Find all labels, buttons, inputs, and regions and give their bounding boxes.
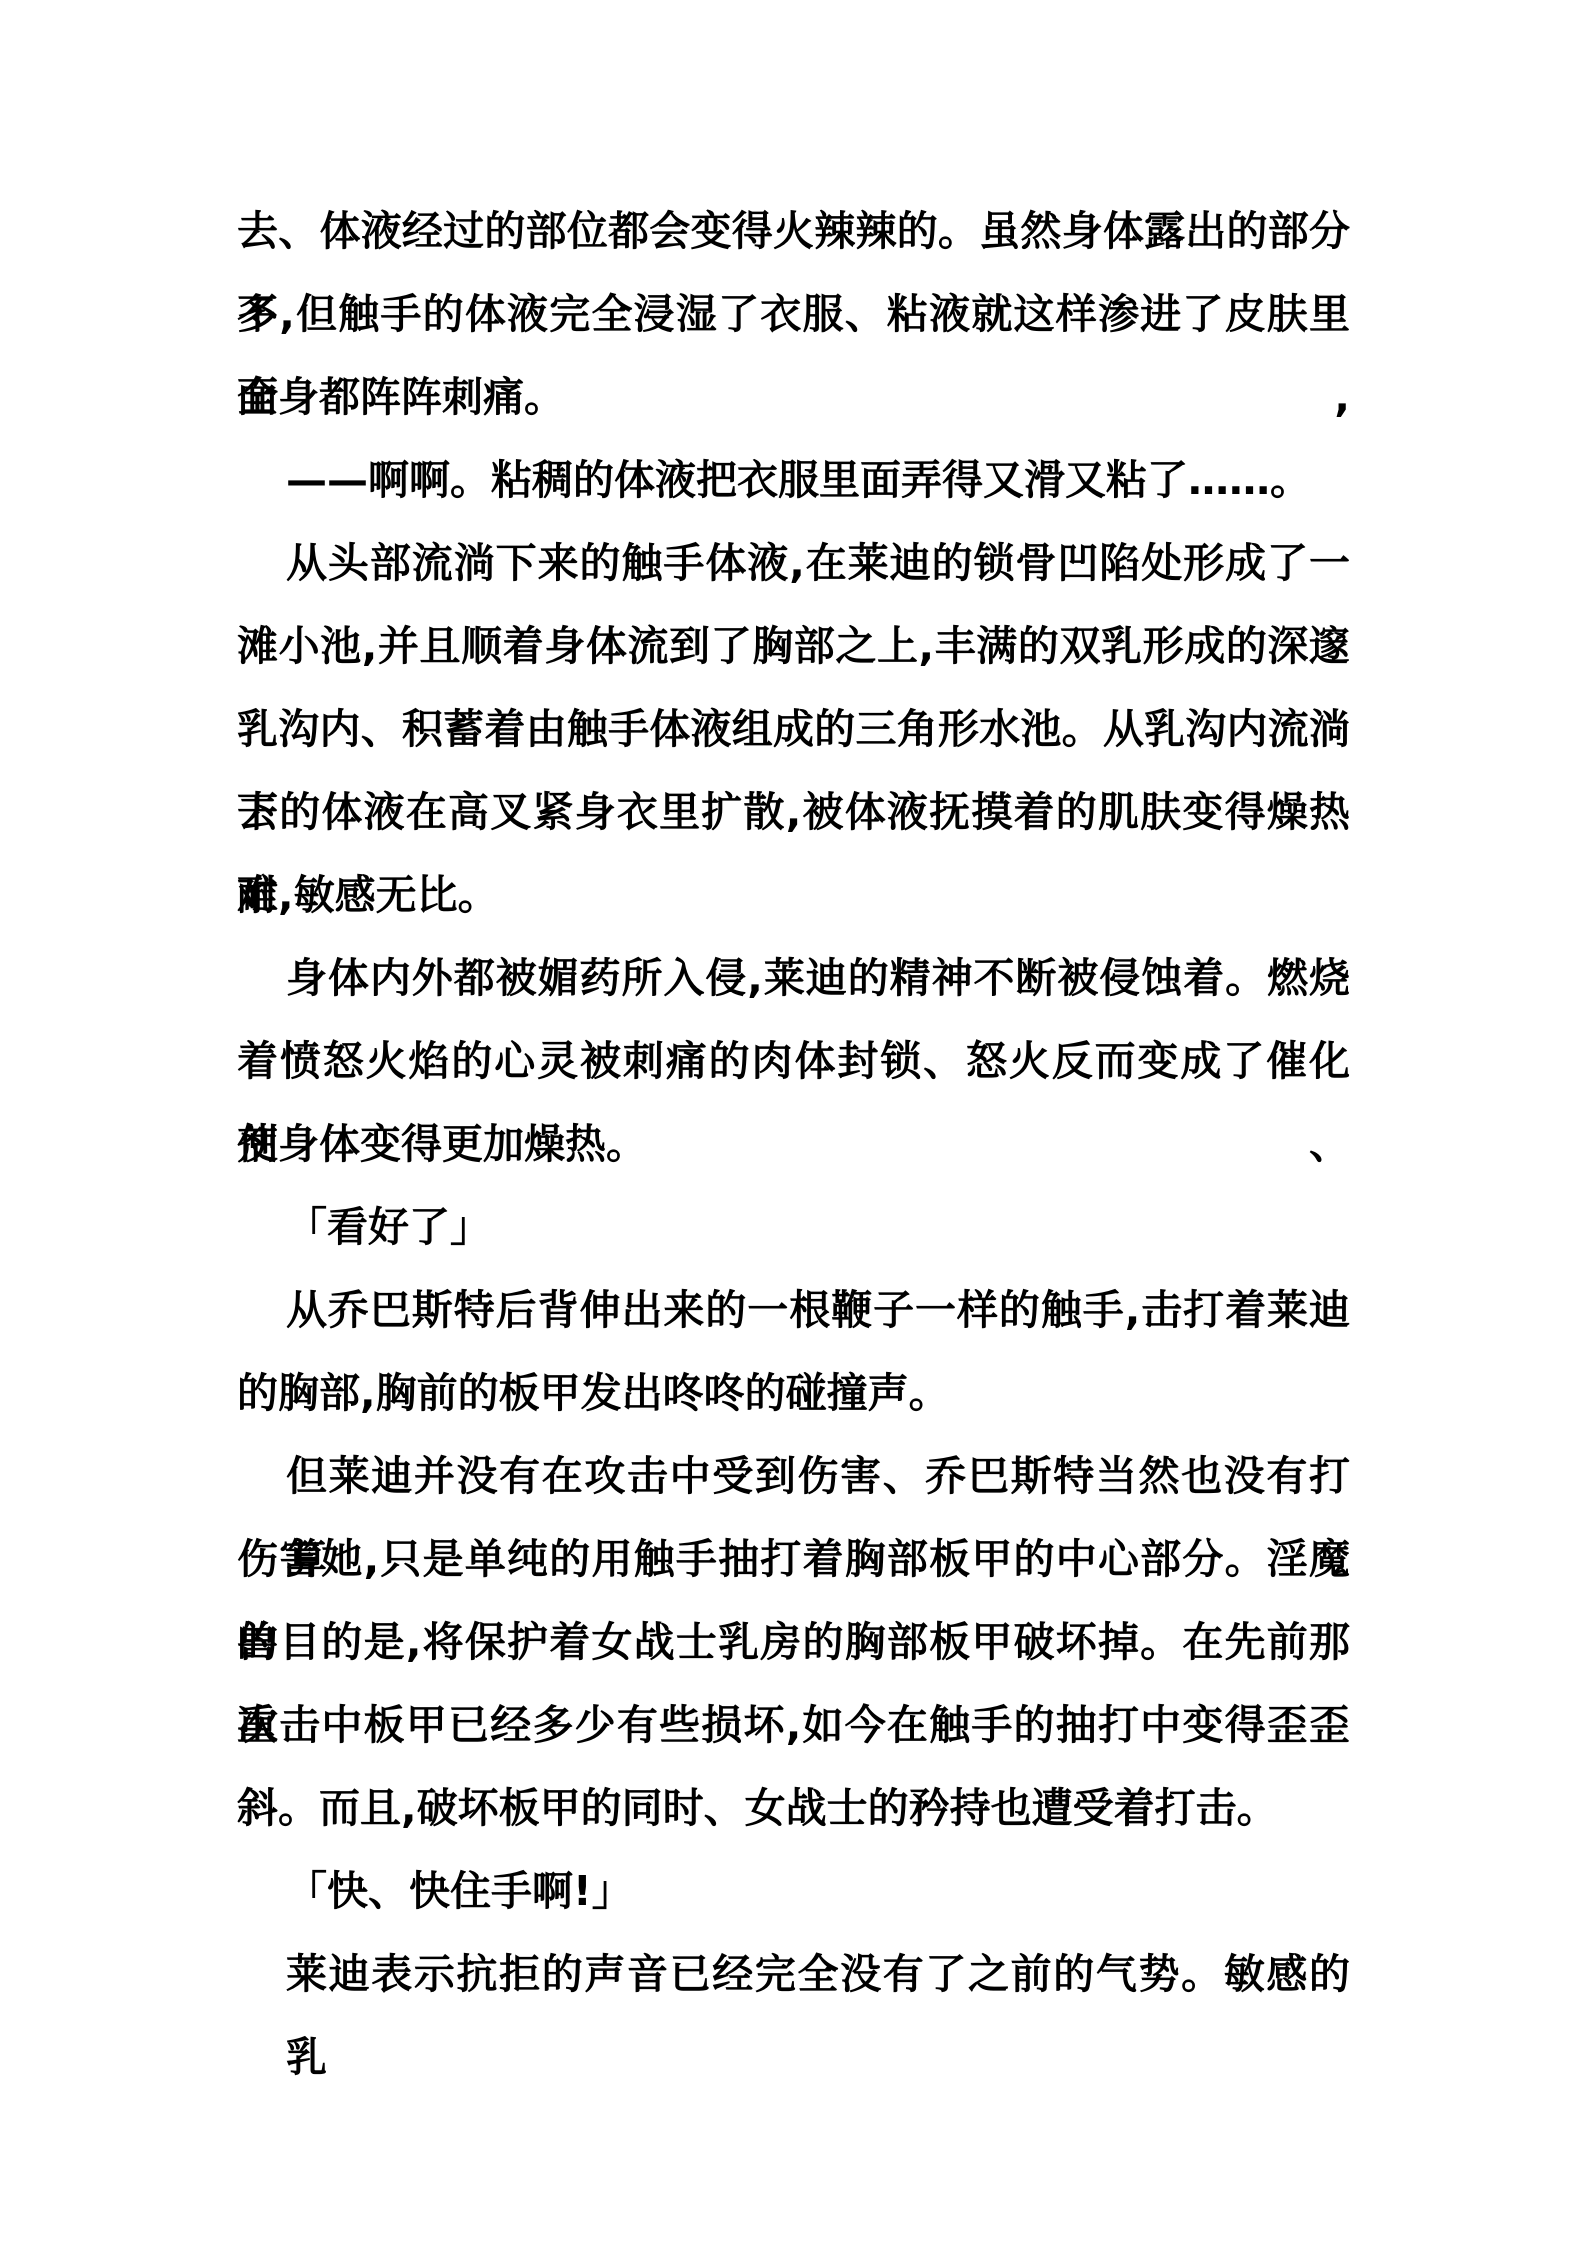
text-line: 去、体液经过的部位都会变得火辣辣的。虽然身体露出的部分不 — [237, 190, 1350, 273]
text-line: 多,但触手的体液完全浸湿了衣服、粘液就这样渗进了皮肤里面, — [237, 273, 1350, 356]
text-line: 斜。而且,破坏板甲的同时、女战士的矜持也遭受着打击。 — [237, 1767, 1350, 1850]
text-line: 的胸部,胸前的板甲发出咚咚的碰撞声。 — [237, 1352, 1350, 1435]
text-line: 耐,敏感无比。 — [237, 854, 1350, 937]
text-line: ——啊啊。粘稠的体液把衣服里面弄得又滑又粘了……。 — [237, 439, 1350, 522]
text-line: 但莱迪并没有在攻击中受到伤害、乔巴斯特当然也没有打算 — [237, 1435, 1350, 1518]
text-line: 乳沟内、积蓄着由触手体液组成的三角形水池。从乳沟内流淌下 — [237, 688, 1350, 771]
text-line: 伤害她,只是单纯的用触手抽打着胸部板甲的中心部分。淫魔兽 — [237, 1518, 1350, 1601]
text-line: 从乔巴斯特后背伸出来的一根鞭子一样的触手,击打着莱迪 — [237, 1269, 1350, 1352]
text-block: 去、体液经过的部位都会变得火辣辣的。虽然身体露出的部分不多,但触手的体液完全浸湿… — [237, 190, 1350, 2016]
text-line: 的目的是,将保护着女战士乳房的胸部板甲破坏掉。在先前那次 — [237, 1601, 1350, 1684]
text-line: 重击中板甲已经多少有些损坏,如今在触手的抽打中变得歪歪斜 — [237, 1684, 1350, 1767]
text-line: 去的体液在高叉紧身衣里扩散,被体液抚摸着的肌肤变得燥热难 — [237, 771, 1350, 854]
text-line: 从头部流淌下来的触手体液,在莱迪的锁骨凹陷处形成了一 — [237, 522, 1350, 605]
text-line: 着愤怒火焰的心灵被刺痛的肉体封锁、怒火反而变成了催化剂、 — [237, 1020, 1350, 1103]
document-page: 去、体液经过的部位都会变得火辣辣的。虽然身体露出的部分不多,但触手的体液完全浸湿… — [0, 0, 1587, 2245]
text-line: 身体内外都被媚药所入侵,莱迪的精神不断被侵蚀着。燃烧 — [237, 937, 1350, 1020]
text-line: 「看好了」 — [237, 1186, 1350, 1269]
text-line: 「快、快住手啊!」 — [237, 1850, 1350, 1933]
text-line: 莱迪表示抗拒的声音已经完全没有了之前的气势。敏感的乳 — [237, 1933, 1350, 2016]
text-line: 滩小池,并且顺着身体流到了胸部之上,丰满的双乳形成的深邃 — [237, 605, 1350, 688]
